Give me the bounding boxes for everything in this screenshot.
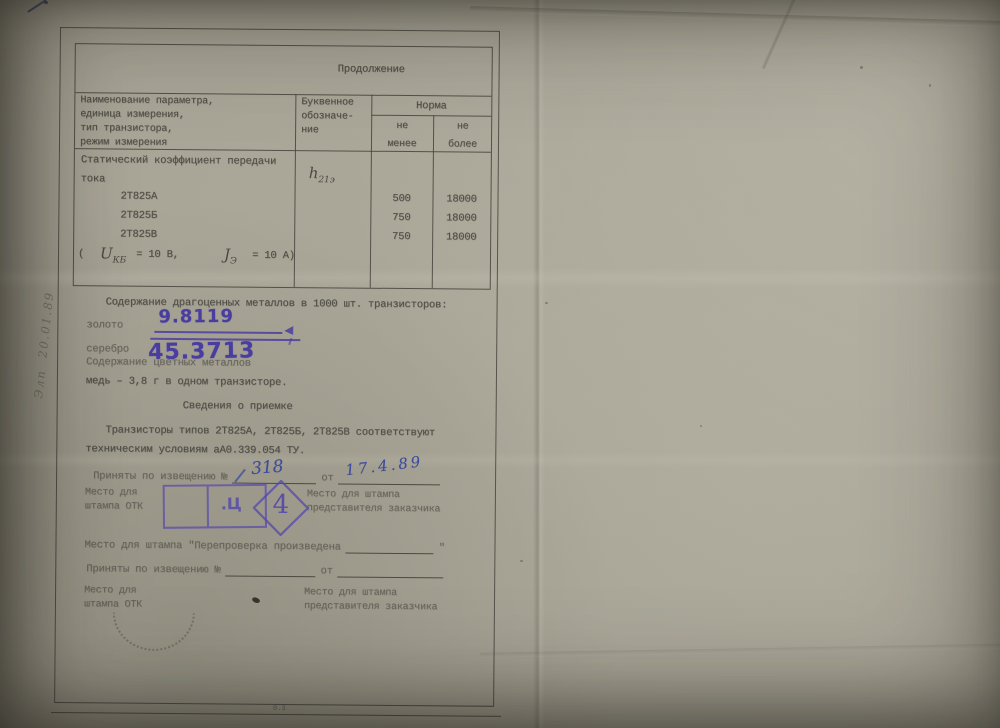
silver-label: серебро xyxy=(86,343,129,355)
min-value: 500 xyxy=(370,193,432,206)
condition-ie-value: = 10 А) xyxy=(246,250,295,262)
col-header-max: не более xyxy=(434,115,491,151)
transistor-type: 2Т825В xyxy=(120,229,157,241)
photographed-document: { "colors":{ "paper":"#a8a496", "typed_i… xyxy=(0,0,1000,728)
max-value: 18000 xyxy=(432,193,490,206)
otk-stamp-place-label: Место для штампа ОТК xyxy=(85,486,143,515)
gold-label: золото xyxy=(86,319,123,331)
paper-crease-short xyxy=(762,0,797,69)
otk-stamp-text: .Ц xyxy=(221,494,242,513)
stamp-divider xyxy=(207,486,209,526)
dust-speck xyxy=(700,425,702,427)
table-header-row: Наименование параметра, единица измерени… xyxy=(75,92,491,153)
notice-number-blank-2 xyxy=(225,561,315,577)
pen-mark-dot xyxy=(44,1,48,4)
gold-stamp-arrow xyxy=(284,326,293,335)
condition-ukb: UКБ xyxy=(100,244,126,265)
continuation-label: Продолжение xyxy=(338,63,405,76)
paper-crease-vertical xyxy=(533,0,545,728)
ink-blob xyxy=(251,596,260,604)
silver-content-stamp: 45.3713 xyxy=(148,338,256,365)
ot-label-2: от xyxy=(320,565,332,577)
paper-crease-top-right xyxy=(470,6,1000,28)
dust-speck xyxy=(520,560,523,562)
metals-title: Содержание драгоценных металлов в 1000 ш… xyxy=(106,296,448,311)
col-header-min: не менее xyxy=(371,115,434,152)
transistor-type: 2Т825А xyxy=(120,191,157,203)
transistor-type: 2Т825Б xyxy=(120,210,157,222)
condition-ie: JЭ xyxy=(224,245,237,266)
diamond-stamp: 4 xyxy=(253,480,309,536)
col-header-name: Наименование параметра, единица измерени… xyxy=(80,94,214,151)
acceptance-heading: Сведения о приемке xyxy=(183,400,293,413)
acceptance-line2: техническим условиям аА0.339.054 ТУ. xyxy=(85,443,305,457)
condition-ukb-value: = 10 В, xyxy=(130,249,179,261)
otk-stamp-place-label-2: Место для штампа ОТК xyxy=(84,584,142,613)
parameter-name-line1: Статический коэффициент передачи xyxy=(81,154,276,168)
min-value: 750 xyxy=(370,212,432,225)
gold-stamp-underline xyxy=(154,331,282,334)
h21e-symbol: h21э xyxy=(309,164,335,185)
diamond-stamp-number: 4 xyxy=(253,490,309,520)
document-frame: Продолжение Наименование параметра, един… xyxy=(54,27,500,707)
representative-stamp-place-label: Место для штампа представителя заказчика xyxy=(307,488,441,517)
acceptance-line1: Транзисторы типов 2Т825А, 2Т825Б, 2Т825В… xyxy=(105,424,435,439)
min-value: 750 xyxy=(370,231,432,244)
col-header-symbol: Буквенное обозначе- ние xyxy=(301,96,354,138)
accepted-by-notice-line-2: Приняты по извещению № от xyxy=(86,557,444,578)
dust-speck xyxy=(545,302,548,304)
accepted-label: Приняты по извещению № xyxy=(93,470,227,483)
accepted-label-2: Приняты по извещению № xyxy=(86,563,220,576)
table-body-row: Статический коэффициент передачи тока h2… xyxy=(74,148,491,289)
max-value: 18000 xyxy=(432,212,490,225)
ot-label: от xyxy=(321,472,333,484)
recheck-close-quote: " xyxy=(439,542,445,554)
table-continuation-row: Продолжение xyxy=(75,44,491,97)
faint-round-stamp xyxy=(111,612,195,653)
footer-mark: 0.3 xyxy=(273,705,286,713)
notice-date-blank-2 xyxy=(338,562,444,578)
recheck-label: Место для штампа "Перепроверка произведе… xyxy=(84,539,340,553)
round-stamp-arc xyxy=(113,612,195,651)
dust-speck xyxy=(860,66,863,69)
copper-line: медь – 3,8 г в одном транзисторе. xyxy=(86,375,287,389)
dust-speck xyxy=(929,84,931,87)
otk-rect-stamp: .Ц xyxy=(163,484,267,529)
col-header-norma: Норма xyxy=(371,95,491,117)
representative-stamp-place-label-2: Место для штампа представителя заказчика xyxy=(304,586,438,615)
parameter-name-line2: тока xyxy=(81,173,106,185)
max-value: 18000 xyxy=(432,231,490,244)
conditions-open-paren: ( xyxy=(78,248,84,260)
recheck-blank xyxy=(346,539,434,555)
parameters-table: Продолжение Наименование параметра, един… xyxy=(73,43,493,290)
paper-crease-bottom-right xyxy=(480,643,1000,658)
recheck-line: Место для штампа "Перепроверка произведе… xyxy=(84,533,445,554)
gold-content-stamp: 9.8119 xyxy=(158,306,234,328)
handwritten-notice-number: 318 xyxy=(250,457,284,479)
